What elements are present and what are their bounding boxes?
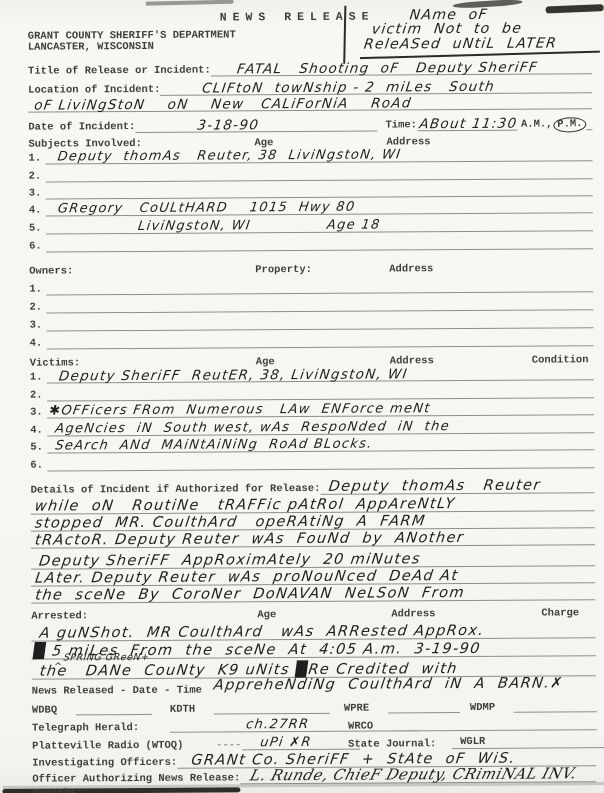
subjects-row-4: 4. GRegory CoULtHARD 1015 Hwy 80: [29, 197, 593, 216]
state-journal-line: WGLR: [452, 734, 604, 749]
victims-value-5: SeArch ANd MAiNtAiNiNg RoAd BLocks.: [54, 438, 373, 454]
subjects-line-5: LiviNgstoN, WI Age 18: [46, 218, 593, 235]
details-value-1: while oN RoutiNe tRAFFic pAtRol AppAreNt…: [34, 497, 457, 515]
telegraph-herald-label: Telegraph Herald:: [32, 722, 139, 735]
location-value-2: oF LiviNgStoN oN New CALiForNiA RoAd: [33, 96, 412, 112]
title-label: Title of Release or Incident:: [28, 65, 211, 78]
location-label: Location of Incident:: [28, 84, 160, 97]
subjects-line-6: [46, 248, 593, 252]
form-title: NEWS RELEASE: [220, 11, 375, 25]
date-time-row: Date of Incident: 3-18-90 Time: ABout 11…: [28, 114, 592, 133]
victims-row-5: 5. SeArch ANd MAiNtAiNiNg RoAd BLocks.: [30, 434, 594, 453]
arrested-address-header: Address: [391, 608, 435, 620]
victims-value-4: AgeNcies iN South west, wAs RespoNded iN…: [54, 420, 450, 436]
subjects-value-5: LiviNgstoN, WI Age 18: [137, 219, 381, 234]
remarks-label: Remarks:: [32, 787, 82, 793]
row-number: 4.: [29, 205, 46, 217]
details-value-5: LAter. Deputy Reuter wAs proNouNced DeAd…: [34, 569, 459, 587]
form-content: NEWS RELEASE GRANT COUNTY SHERIFF'S DEPA…: [0, 0, 604, 793]
arrested-header: Arrested: Age Address Charge: [1, 604, 604, 623]
owners-address-header: Address: [389, 263, 433, 275]
investigating-officers-label: Investigating Officers:: [32, 757, 177, 770]
station-wdmp: WDMP: [470, 702, 495, 714]
subjects-value-1: Deputy thomAs Reuter, 38 LiviNgstoN, WI: [57, 149, 403, 165]
owners-label: Owners:: [29, 265, 73, 277]
details-value-4: Deputy SheriFF AppRoximAtely 20 miNutes: [38, 552, 422, 570]
details-row-6: the sceNe By CoroNer DoNAVAN NeLSoN From: [31, 584, 595, 603]
row-number: 2.: [30, 390, 47, 402]
owners-property-header: Property:: [255, 264, 312, 276]
time-label: Time:: [385, 119, 417, 131]
subjects-row-1: 1. Deputy thomAs Reuter, 38 LiviNgstoN, …: [28, 145, 592, 164]
stations-row: WDBQ KDTH WPRE WDMP: [2, 698, 604, 717]
station-wrco: WRCO: [348, 721, 373, 733]
row-number: 6.: [29, 241, 46, 253]
victims-line-1: Deputy SheriFF ReutER, 38, LiviNgstoN, W…: [47, 366, 594, 384]
am-label: A.M.,: [521, 118, 553, 130]
station-wpre: WPRE: [344, 703, 369, 715]
owners-row-3: 3.: [30, 312, 594, 331]
date-line: 3-18-90: [135, 117, 377, 133]
arrested-label: Arrested:: [31, 610, 88, 622]
subjects-line-1: Deputy thomAs Reuter, 38 LiviNgstoN, WI: [45, 148, 592, 165]
time-line: ABout 11:30: [417, 117, 517, 132]
victims-row-3: 3. ✱OFFicers FRom Numerous LAw ENForce m…: [30, 399, 594, 418]
authorizing-label: Officer Authorizing News Release:: [32, 772, 240, 785]
arrested-value-4: AppreheNdiNg CoulthArd iN A BARN.✗: [213, 676, 565, 693]
location-line-2: oF LiviNgStoN oN New CALiForNiA RoAd: [28, 95, 592, 113]
arrested-age-header: Age: [257, 609, 276, 621]
station-kdth: KDTH: [170, 704, 195, 716]
scanned-news-release-form: NEWS RELEASE GRANT COUNTY SHERIFF'S DEPA…: [0, 0, 604, 793]
row-number: 3.: [30, 320, 47, 332]
details-value-0: Deputy thomAs Reuter: [327, 478, 541, 495]
arrested-charge-header: Charge: [541, 607, 579, 619]
details-line-3: tRActoR. Deputy Reuter wAs FouNd by ANot…: [31, 530, 595, 549]
platteville-value: uPi ✗R: [259, 736, 312, 750]
owners-row-2: 2.: [29, 294, 593, 313]
department-city: LANCASTER, WISCONSIN: [28, 41, 154, 54]
telegraph-value: ch.27RR: [245, 718, 310, 732]
station-wglr: WGLR: [460, 736, 485, 748]
station-wdbq: WDBQ: [32, 705, 57, 717]
subjects-value-4: GRegory CoULtHARD 1015 Hwy 80: [57, 201, 356, 216]
owners-line-4: [47, 345, 594, 349]
wdmp-line: [514, 698, 597, 713]
kdth-line: [214, 700, 330, 715]
arrested-value-1: A guNShot. MR CoulthArd wAs ARRested App…: [38, 624, 485, 642]
authorizing-signature: L. Runde, ChieF Deputy, CRimiNAL INV.: [248, 767, 579, 785]
row-number: 5.: [30, 442, 47, 454]
title-line: FATAL Shooting oF Deputy SheriFF: [211, 60, 592, 77]
scan-edge-mark: [546, 4, 604, 13]
details-line-0: Deputy thomAs Reuter: [320, 478, 594, 495]
details-value-2: stopped MR. CoulthArd opeRAtiNg A FARM: [34, 514, 427, 532]
details-value-6: the sceNe By CoroNer DoNAVAN NeLSoN From: [34, 586, 466, 604]
platteville-line: uPi ✗R: [242, 736, 360, 751]
victims-row-1: 1. Deputy SheriFF ReutER, 38, LiviNgstoN…: [30, 364, 594, 383]
platteville-dashes: ----: [216, 739, 241, 751]
arrested-row-1: A guNShot. MR CoulthArd wAs ARRested App…: [31, 622, 595, 641]
arrested-line-1: A guNShot. MR CoulthArd wAs ARRested App…: [31, 623, 595, 642]
pm-label-circled: P.M.: [553, 117, 587, 133]
telegraph-line: ch.27RR: [170, 717, 418, 733]
details-row-3: tRActoR. Deputy Reuter wAs FouNd by ANot…: [31, 529, 595, 548]
wrco-line: [394, 716, 597, 731]
row-number: 3.: [29, 188, 46, 200]
row-number: 4.: [30, 425, 47, 437]
handwritten-bracket-line: [343, 6, 346, 64]
date-line-tail: [587, 129, 593, 130]
handwritten-insertion: SPRiNG GReeN+: [63, 653, 150, 664]
victims-line-5: SeArch ANd MAiNtAiNiNg RoAd BLocks.: [47, 437, 594, 454]
row-number: 3.: [30, 407, 47, 419]
handwritten-note-line-3: ReleASed uNtiL LATER: [363, 36, 558, 52]
row-number: 1.: [29, 284, 46, 296]
victims-line-6: [47, 467, 594, 471]
owners-header: Owners: Property: Address: [0, 259, 603, 278]
victims-value-3: ✱OFFicers FRom Numerous LAw ENForce meNt: [48, 403, 431, 419]
owners-row-1: 1.: [29, 276, 593, 295]
platteville-radio-label: Platteville Radio (WTOQ): [32, 740, 183, 753]
wdbq-line: [76, 701, 152, 715]
row-number: 2.: [29, 171, 46, 183]
row-number: 5.: [29, 223, 46, 235]
row-number: 2.: [29, 302, 46, 314]
owners-row-4: 4.: [30, 330, 594, 349]
row-number: 1.: [30, 372, 47, 384]
row-number: 4.: [30, 338, 47, 350]
location-field-row-2: oF LiviNgStoN oN New CALiForNiA RoAd: [28, 93, 592, 112]
state-journal-label: State Journal:: [348, 738, 436, 751]
victims-line-3: ✱OFFicers FRom Numerous LAw ENForce meNt: [47, 402, 594, 419]
date-label: Date of Incident:: [28, 121, 135, 134]
subjects-row-5: 5. LiviNgstoN, WI Age 18: [29, 215, 593, 234]
scan-edge-mark: [146, 0, 234, 6]
details-label: Details of Incident if Authorized for Re…: [31, 483, 321, 497]
subjects-line-4: GRegory CoULtHARD 1015 Hwy 80: [46, 200, 593, 217]
authorizing-line: L. Runde, ChieF Deputy, CRimiNAL INV.: [240, 766, 596, 784]
telegraph-row: Telegraph Herald: ch.27RR WRCO: [2, 716, 604, 735]
victims-value-1: Deputy SheriFF ReutER, 38, LiviNgstoN, W…: [58, 367, 409, 383]
title-value: FATAL Shooting oF Deputy SheriFF: [236, 60, 539, 76]
row-number: 6.: [30, 460, 47, 472]
time-value: ABout 11:30: [418, 117, 518, 132]
news-released-label: News Released - Date - Time: [32, 685, 202, 698]
row-number: 1.: [29, 153, 46, 165]
victims-row-6: 6.: [30, 452, 594, 471]
wpre-line: [388, 699, 460, 713]
details-line-6: the sceNe By CoroNer DoNAVAN NeLSoN From: [31, 585, 595, 604]
title-field-row: Title of Release or Incident: FATAL Shoo…: [28, 58, 592, 77]
details-label-row: Details of Incident if Authorized for Re…: [31, 477, 595, 496]
details-value-3: tRActoR. Deputy Reuter wAs FouNd by ANot…: [34, 531, 465, 549]
subjects-row-6: 6.: [29, 233, 593, 252]
date-value: 3-18-90: [197, 118, 261, 133]
